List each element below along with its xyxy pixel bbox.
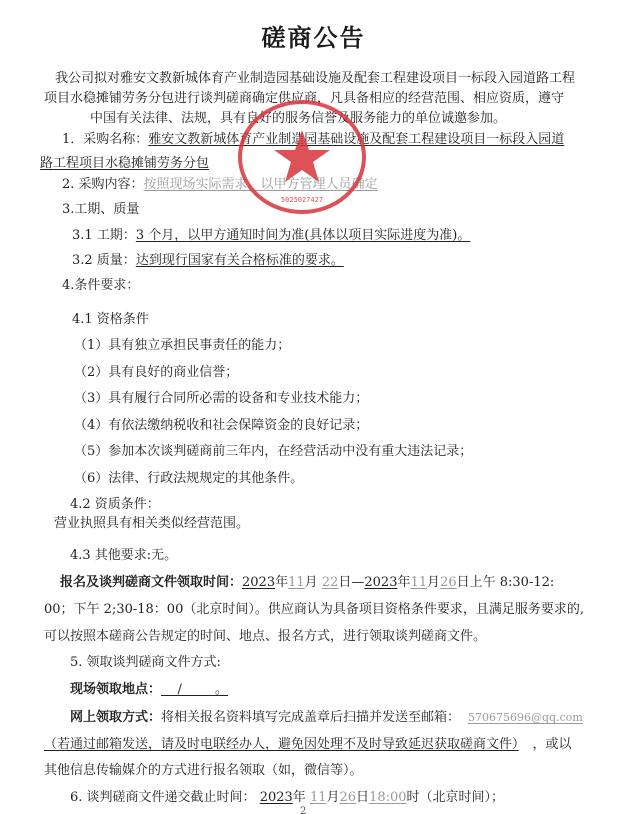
onsite-label: 现场领取地点： xyxy=(70,682,161,697)
start-month: 11 xyxy=(288,575,305,590)
end-month: 11 xyxy=(411,575,428,590)
period-label: 3.1 工期： xyxy=(72,228,136,243)
procurement-name-label: 1．采购名称： xyxy=(62,132,148,147)
email-link[interactable]: 570675696@qq.com xyxy=(468,711,583,724)
quality-value: 达到现行国家有关合格标准的要求。 xyxy=(136,253,344,268)
qualification-item-3: （3）具有履行合同所必需的设备和专业技术能力； xyxy=(74,390,368,408)
procurement-content-label: 2. 采购内容： xyxy=(62,177,144,192)
registration-line-2: 00；下午 2;30-18：00（北京时间）。供应商认为具备项目资格条件要求，且… xyxy=(44,601,584,619)
day-char: 日 xyxy=(338,575,351,590)
quality-label: 3.2 质量： xyxy=(72,253,136,268)
qualification-item-2: （2）具有良好的商业信誉； xyxy=(74,364,238,382)
online-pickup: 网上领取方式：将相关报名资料填写完成盖章后扫描并发送至邮箱：570675696@… xyxy=(70,709,583,727)
procurement-content-value: 按照现场实际需求，以甲方管理人员确定 xyxy=(144,177,378,192)
onsite-value: / 。 xyxy=(161,682,228,697)
certification-heading: 4.2 资质条件： xyxy=(70,496,160,514)
start-day: 22 xyxy=(322,575,339,590)
end-year: 2023 xyxy=(364,575,397,590)
qualification-item-4: （4）有依法缴纳税收和社会保障资金的良好记录； xyxy=(74,417,368,435)
procurement-name: 1．采购名称：雅安文教新城体育产业制造园基础设施及配套工程建设项目一标段入园道 xyxy=(62,131,564,149)
svg-text:5025027427: 5025027427 xyxy=(281,196,323,204)
online-note: （若通过邮箱发送，请及时电联经办人，避免因处理不及时导致延迟获取磋商文件），或以 xyxy=(44,736,572,754)
registration-label: 报名及谈判磋商文件领取时间： xyxy=(60,575,242,590)
month-char: 月 xyxy=(326,790,339,805)
qualification-item-6: （6）法律、行政法规规定的其他条件。 xyxy=(74,470,303,488)
page-number: 2 xyxy=(300,806,306,814)
deadline-year: 2023 xyxy=(260,790,293,805)
procurement-name-cont: 路工程项目水稳摊铺劳务分包 xyxy=(40,155,209,173)
section4-heading: 4.条件要求： xyxy=(62,277,139,295)
registration-time: 报名及谈判磋商文件领取时间：2023年11月 22日—2023年11月26日上午… xyxy=(60,574,554,592)
submission-deadline: 6. 谈判磋商文件递交截止时间： 2023年 11月26日18:00时（北京时间… xyxy=(70,789,504,807)
intro-line-2: 项目水稳摊铺劳务分包进行谈判磋商确定供应商，凡具备相应的经营范围、相应资质，遵守 xyxy=(44,90,564,108)
document-page: 磋商公告 我公司拟对雅安文教新城体育产业制造园基础设施及配套工程建设项目一标段入… xyxy=(0,0,627,814)
year-char: 年 xyxy=(293,790,306,805)
intro-line-3: 中国有关法律、法规，具有良好的服务信誉及服务能力的单位诚邀参加。 xyxy=(90,110,506,128)
online-text: 将相关报名资料填写完成盖章后扫描并发送至邮箱： xyxy=(161,710,460,725)
day-char: 日 xyxy=(457,575,470,590)
online-note-tail: ，或以 xyxy=(533,737,572,752)
end-day: 26 xyxy=(440,575,457,590)
onsite-pickup: 现场领取地点： / 。 xyxy=(70,681,228,699)
period-value: 3 个月，以甲方通知时间为准(具体以项目实际进度为准)。 xyxy=(136,228,471,243)
other-requirements: 4.3 其他要求:无。 xyxy=(70,547,177,565)
section3-heading: 3.工期、质量 xyxy=(62,201,139,219)
deadline-time: 18:00 xyxy=(369,790,406,805)
year-char: 年 xyxy=(397,575,410,590)
deadline-month: 11 xyxy=(310,790,327,805)
dash: — xyxy=(351,575,364,590)
page-title: 磋商公告 xyxy=(0,18,627,53)
deadline-label: 6. 谈判磋商文件递交截止时间： xyxy=(70,790,256,805)
online-line-3: 其他信息传输媒介的方式进行报名领取（如，微信等）。 xyxy=(44,762,363,780)
qualification-item-1: （1）具有独立承担民事责任的能力； xyxy=(74,337,290,355)
online-note-text: （若通过邮箱发送，请及时电联经办人，避免因处理不及时导致延迟获取磋商文件） xyxy=(44,737,519,752)
certification-value: 营业执照具有相关类似经营范围。 xyxy=(54,515,249,533)
deadline-day: 26 xyxy=(340,790,357,805)
day-char: 日 xyxy=(356,790,369,805)
procurement-content: 2. 采购内容：按照现场实际需求，以甲方管理人员确定 xyxy=(62,176,378,194)
registration-line-3: 可以按照本磋商公告规定的时间、地点、报名方式，进行领取谈判磋商文件。 xyxy=(44,628,486,646)
qualification-item-5: （5）参加本次谈判磋商前三年内，在经营活动中没有重大违法记录； xyxy=(74,443,472,461)
year-char: 年 xyxy=(275,575,288,590)
hour-char: 时 xyxy=(407,790,420,805)
morning-time: 上午 8:30-12: xyxy=(470,575,555,590)
procurement-name-value: 雅安文教新城体育产业制造园基础设施及配套工程建设项目一标段入园道 xyxy=(148,132,564,147)
online-label: 网上领取方式： xyxy=(70,710,161,725)
intro-line-1: 我公司拟对雅安文教新城体育产业制造园基础设施及配套工程建设项目一标段入园道路工程 xyxy=(55,70,575,88)
deadline-tail: （北京时间）； xyxy=(420,790,505,805)
month-char: 月 xyxy=(427,575,440,590)
period: 3.1 工期：3 个月，以甲方通知时间为准(具体以项目实际进度为准)。 xyxy=(72,227,470,245)
start-year: 2023 xyxy=(242,575,275,590)
qualification-heading: 4.1 资格条件 xyxy=(72,311,149,329)
quality: 3.2 质量：达到现行国家有关合格标准的要求。 xyxy=(72,252,344,270)
section5-heading: 5. 领取谈判磋商文件方式: xyxy=(70,654,221,672)
month-char: 月 xyxy=(305,575,318,590)
